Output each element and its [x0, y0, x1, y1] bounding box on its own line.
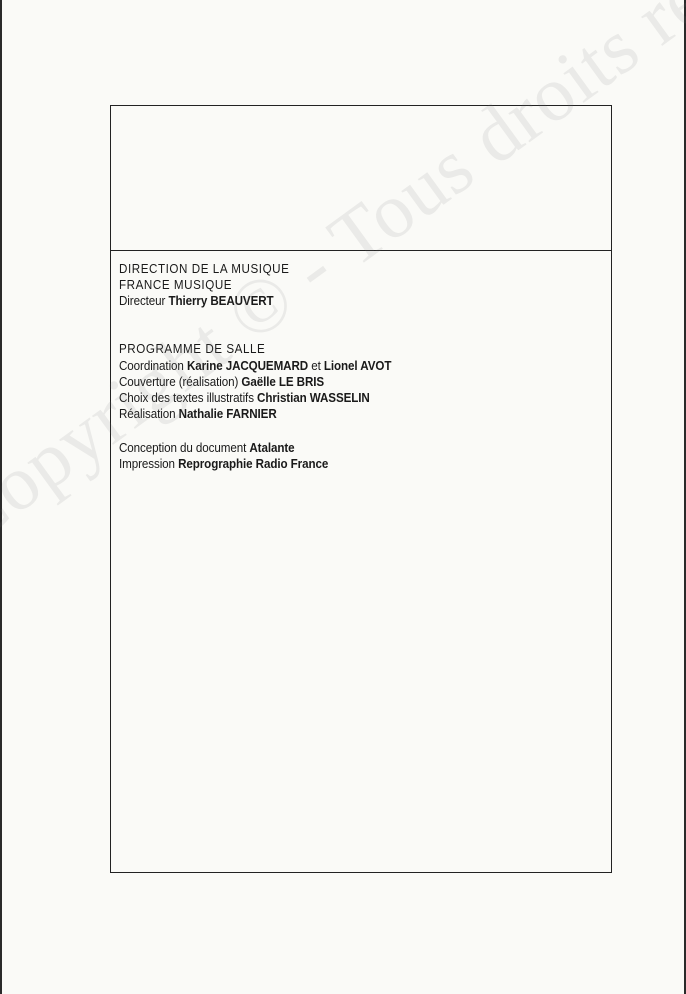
cover-line: Couverture (réalisation) Gaëlle LE BRIS	[119, 374, 391, 390]
empty-header-panel	[111, 106, 611, 251]
cover-role: Couverture (réalisation)	[119, 375, 238, 389]
texts-line: Choix des textes illustratifs Christian …	[119, 390, 391, 406]
printing-line: Impression Reprographie Radio France	[119, 456, 391, 472]
coordination-name-1: Karine JACQUEMARD	[187, 359, 308, 373]
texts-name: Christian WASSELIN	[257, 391, 370, 405]
coordination-line: Coordination Karine JACQUEMARD et Lionel…	[119, 358, 391, 374]
station-heading: FRANCE MUSIQUE	[119, 277, 391, 293]
credits-text: DIRECTION DE LA MUSIQUE FRANCE MUSIQUE D…	[119, 261, 391, 472]
director-role: Directeur	[119, 294, 165, 308]
design-line: Conception du document Atalante	[119, 440, 391, 456]
coordination-role: Coordination	[119, 359, 184, 373]
design-role: Conception du document	[119, 441, 246, 455]
director-name: Thierry BEAUVERT	[168, 294, 273, 308]
cover-name: Gaëlle LE BRIS	[241, 375, 324, 389]
printing-role: Impression	[119, 457, 175, 471]
production-line: Réalisation Nathalie FARNIER	[119, 406, 391, 422]
direction-block: DIRECTION DE LA MUSIQUE FRANCE MUSIQUE D…	[119, 261, 391, 309]
programme-block: PROGRAMME DE SALLE Coordination Karine J…	[119, 341, 391, 422]
design-name: Atalante	[249, 441, 294, 455]
credits-frame: DIRECTION DE LA MUSIQUE FRANCE MUSIQUE D…	[110, 105, 612, 873]
director-line: Directeur Thierry BEAUVERT	[119, 293, 391, 309]
texts-role: Choix des textes illustratifs	[119, 391, 254, 405]
scan-edge-left	[0, 0, 2, 994]
printing-name: Reprographie Radio France	[178, 457, 328, 471]
direction-heading: DIRECTION DE LA MUSIQUE	[119, 261, 391, 277]
production-role: Réalisation	[119, 407, 175, 421]
production-name: Nathalie FARNIER	[179, 407, 277, 421]
coordination-conjunction: et	[311, 359, 321, 373]
programme-heading: PROGRAMME DE SALLE	[119, 341, 391, 357]
production-credits-block: Conception du document Atalante Impressi…	[119, 440, 391, 472]
coordination-name-2: Lionel AVOT	[324, 359, 391, 373]
